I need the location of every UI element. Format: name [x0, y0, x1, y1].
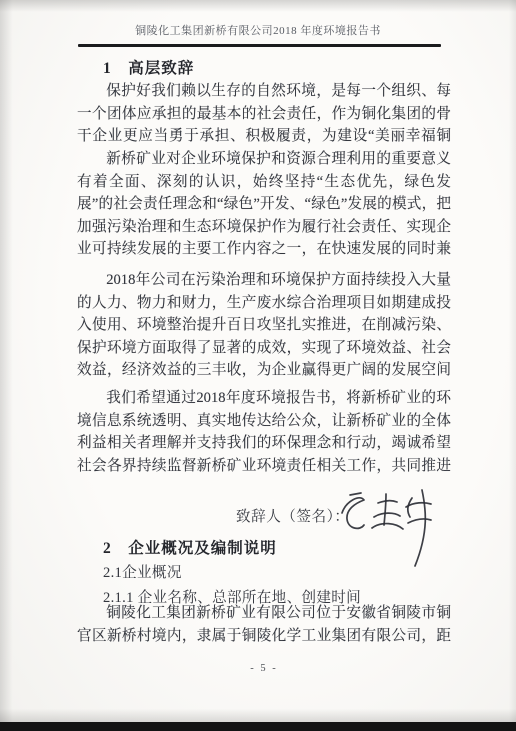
scan-edge-left	[0, 0, 14, 731]
scan-edge-bottom-bar	[0, 722, 516, 731]
speech-paragraph-4: 我们希望通过2018年度环境报告书，将新桥矿业的环境信息系统透明、真实地传达给公…	[77, 387, 451, 479]
speech-paragraph-1: 保护好我们赖以生存的自然环境，是每一个组织、每一个团体应承担的最基本的社会责任，…	[77, 80, 451, 148]
section-2-1-subheading: 2.1企业概况	[103, 561, 182, 582]
scanned-report-page: 铜陵化工集团新桥有限公司2018 年度环境报告书 1 高层致辞 保护好我们赖以生…	[0, 0, 516, 731]
scan-edge-right	[508, 0, 516, 731]
section-1-heading: 1 高层致辞	[103, 56, 194, 78]
speech-paragraph-3: 2018年公司在污染治理和环境保护方面持续投入大量的人力、物力和财力，生产废水综…	[77, 269, 451, 383]
handwritten-signature	[326, 479, 438, 571]
header-rule	[78, 44, 441, 47]
running-header: 铜陵化工集团新桥有限公司2018 年度环境报告书	[0, 22, 516, 38]
page-number: - 5 -	[77, 663, 451, 674]
scan-edge-bottom-shade	[0, 707, 516, 723]
scan-edge-top	[0, 0, 516, 14]
section-2-heading: 2 企业概况及编制说明	[103, 536, 277, 558]
profile-paragraph: 铜陵化工集团新桥矿业有限公司位于安徽省铜陵市铜官区新桥村境内，隶属于铜陵化学工业…	[77, 602, 451, 648]
speech-paragraph-2: 新桥矿业对企业环境保护和资源合理利用的重要意义有着全面、深刻的认识，始终坚持“生…	[77, 148, 451, 262]
